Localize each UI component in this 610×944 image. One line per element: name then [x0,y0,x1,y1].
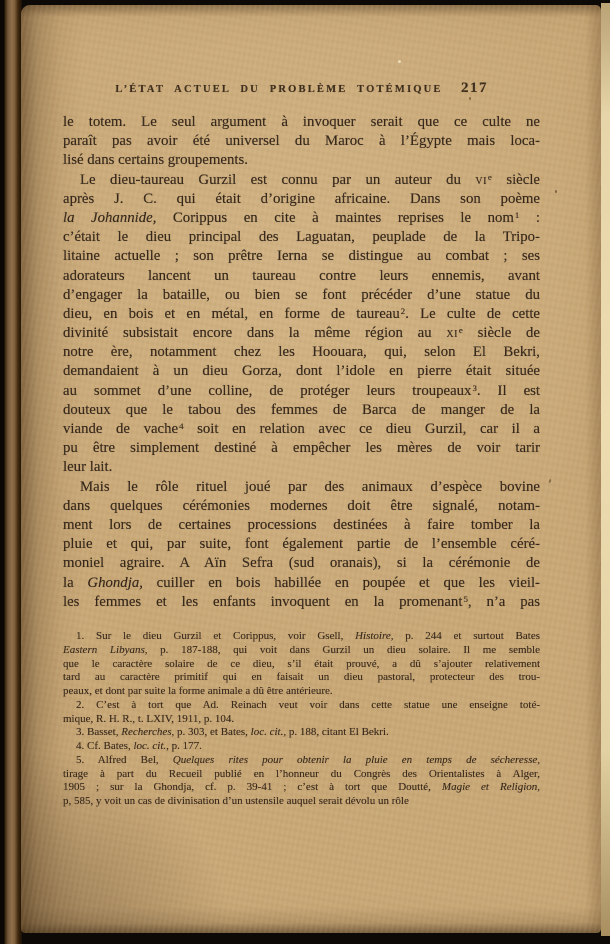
body-line: pluie et qui, par suite, font également … [63,535,540,554]
body-line: demandaient à un dieu Gorza, dont l’idol… [63,362,540,381]
gutter-page-edges [0,0,22,944]
footnotes-block: 1. Sur le dieu Gurzil et Corippus, voir … [63,630,540,809]
scan-speck [555,190,557,193]
footnote-line: 1. Sur le dieu Gurzil et Corippus, voir … [63,630,540,644]
body-line: divinité subsistait encore dans la même … [63,324,540,343]
footnote-line: 4. Cf. Bates, loc. cit., p. 177. [63,740,540,754]
body-line: viande de vache4 soit en relation avec c… [63,420,540,439]
body-line: c’était le dieu principal des Laguatan, … [63,228,540,247]
scan-speck [398,60,401,63]
body-line: la Johannide, Corippus en cite à maintes… [63,209,540,228]
footnote-line: 2. C’est à tort que Ad. Reinach veut voi… [63,699,540,713]
page-header: L’ÉTAT ACTUEL DU PROBLÈME TOTÉMIQUE 217 [63,84,540,100]
footnote-line: que le caractère solaire de ce dieu, s’i… [63,658,540,672]
footnote-line: 1905 ; sur la Ghondja, cf. p. 39-41 ; c’… [63,781,540,795]
body-line: leur lait. [63,458,540,477]
scan-speck [548,479,551,483]
footnote-line: 5. Alfred Bel, Quelques rites pour obten… [63,754,540,768]
body-line: la Ghondja, cuiller en bois habillée en … [63,574,540,593]
body-text: le totem. Le seul argument à invoquer se… [63,113,540,612]
body-line: le totem. Le seul argument à invoquer se… [63,113,540,132]
body-line: après J. C. qui était d’origine africain… [63,190,540,209]
body-line: lisé dans certains groupements. [63,151,540,170]
fore-edge-pages [601,3,610,936]
page-number: 217 [461,80,488,97]
footnote-line: tirage à part du Recueil publié en l’hon… [63,768,540,782]
body-line: notre ère, notamment chez les Hoouara, q… [63,343,540,362]
body-line: adorateurs lancent un taureau contre leu… [63,267,540,286]
body-line: dieu, en bois et en métal, en forme de t… [63,305,540,324]
body-line: litaine actuelle ; son prêtre Ierna se d… [63,247,540,266]
running-head: L’ÉTAT ACTUEL DU PROBLÈME TOTÉMIQUE [103,84,455,95]
footnote-line: mique, R. H. R., t. LXIV, 1911, p. 104. [63,713,540,727]
body-line: dans quelques cérémonies modernes doit ê… [63,497,540,516]
book-scan-photo: L’ÉTAT ACTUEL DU PROBLÈME TOTÉMIQUE 217 … [0,0,610,944]
body-line: moniel agraire. A Aïn Sefra (sud oranais… [63,554,540,573]
footnote-line: Eastern Libyans, p. 187-188, qui voit da… [63,644,540,658]
body-line: au sommet d’une colline, de protéger leu… [63,382,540,401]
footnote-line: p, 585, y voit un cas de divinisation d’… [63,795,540,809]
book-page: L’ÉTAT ACTUEL DU PROBLÈME TOTÉMIQUE 217 … [21,5,601,933]
footnote-line: tard au caractère primitif qui en faisai… [63,671,540,685]
body-line: paraît pas avoir été universel du Maroc … [63,132,540,151]
body-line: pu être simplement destiné à empêcher le… [63,439,540,458]
footnote-line: 3. Basset, Recherches, p. 303, et Bates,… [63,726,540,740]
body-line: Le dieu-taureau Gurzil est connu par un … [63,171,540,190]
footnote-line: peaux, et dont par suite la forme animal… [63,685,540,699]
body-line: les femmes et les enfants invoquent en l… [63,593,540,612]
body-line: d’engager la bataille, ou bien se font p… [63,286,540,305]
body-line: Mais le rôle rituel joué par des animaux… [63,478,540,497]
body-line: douteux que le tabou des femmes de Barca… [63,401,540,420]
body-line: ment lors de certaines processions desti… [63,516,540,535]
